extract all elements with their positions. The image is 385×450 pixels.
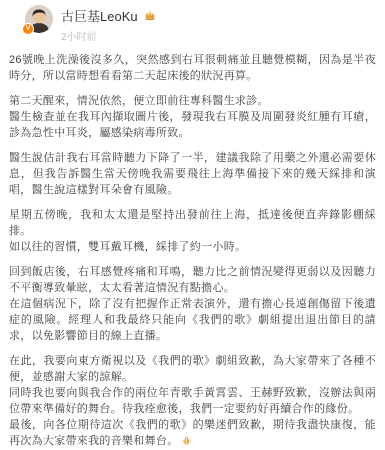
post-paragraph-6: 在此，我要向東方衛視以及《我們的歌》劇組致歉，為大家帶來了各種不便，並感謝大家的…	[9, 353, 376, 450]
identity-column: 古巨基LeoKu 2小时前	[61, 5, 156, 43]
post-card: V 古巨基LeoKu 2小时前 26號晚上洗澡後沒多久，突然感到右耳很刺痛並且聽…	[0, 0, 385, 450]
praying-hands-icon	[181, 435, 192, 450]
post-paragraph-2: 第二天醒來，情況依然，便立即前往專科醫生求診。 醫生檢查並在我耳內擷取圖片後，發…	[9, 93, 376, 141]
post-paragraph-3: 醫生說估計我右耳當時聽力下降了一半，建議我除了用藥之外還必需要休息，但我告訴醫生…	[9, 150, 376, 198]
crown-vip-icon	[144, 10, 156, 21]
timestamp: 2小时前	[61, 28, 156, 43]
verified-badge-icon: V	[22, 23, 34, 35]
post-header: V 古巨基LeoKu 2小时前	[0, 0, 385, 45]
post-paragraph-1: 26號晚上洗澡後沒多久，突然感到右耳很刺痛並且聽覺模糊，因為是半夜時分，所以當時…	[9, 52, 376, 84]
post-paragraph-6-text: 在此，我要向東方衛視以及《我們的歌》劇組致歉，為大家帶來了各種不便，並感謝大家的…	[9, 355, 376, 447]
post-paragraph-4: 星期五傍晚，我和太太還是堅持出發前往上海，抵達後便直奔錄影棚綵排。 如以往的習慣…	[9, 207, 376, 255]
post-paragraph-5: 回到飯店後，右耳感覺疼痛和耳鳴，聽力比之前情況變得更弱以及因聽力不平衡導致暈眩，…	[9, 264, 376, 344]
post-body: 26號晚上洗澡後沒多久，突然感到右耳很刺痛並且聽覺模糊，因為是半夜時分，所以當時…	[0, 45, 385, 450]
avatar[interactable]: V	[25, 5, 53, 33]
username[interactable]: 古巨基LeoKu	[61, 6, 138, 25]
